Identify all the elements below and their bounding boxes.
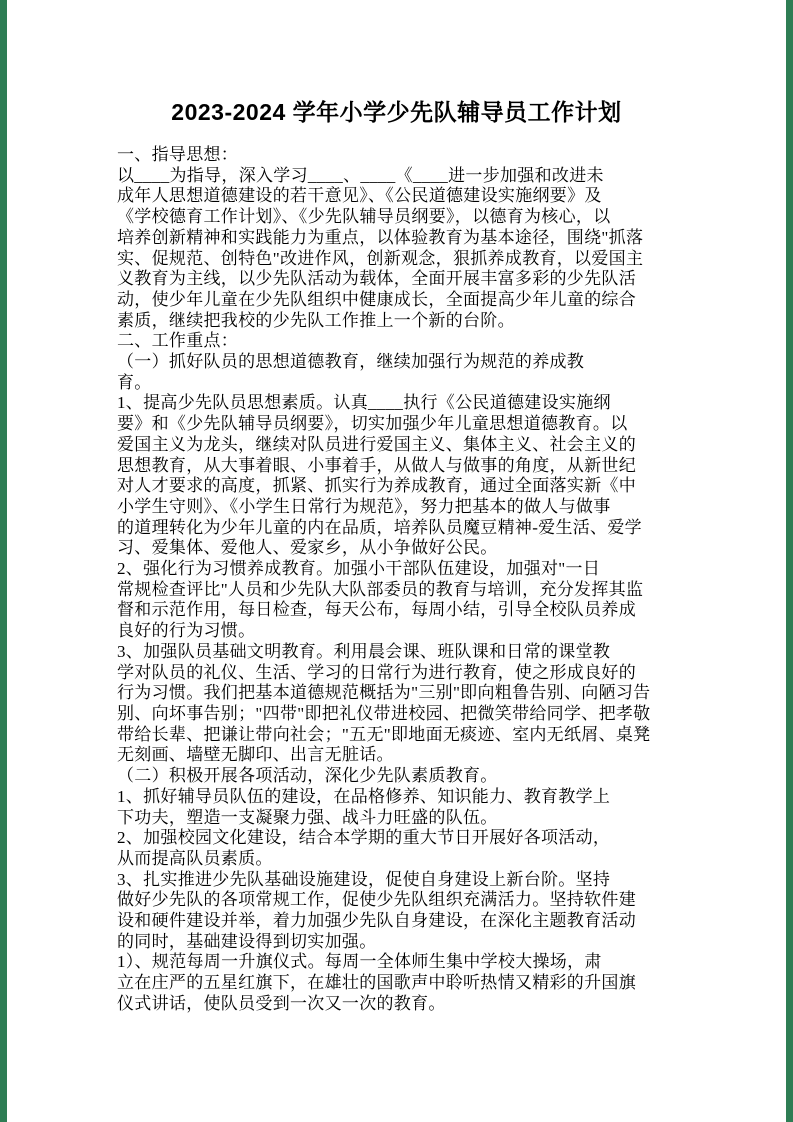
text-line: 学对队员的礼仪、生活、学习的日常行为进行教育，使之形成良好的 [117,663,662,684]
text-line: 实、促规范、创特色"改进作风，创新观念，狠抓养成教育，以爱国主 [117,249,662,270]
text-line: 无刻画、墙壁无脚印、出言无脏话。 [117,745,662,766]
text-line: 要》和《少先队辅导员纲要》，切实加强少年儿童思想道德教育。以 [117,414,662,435]
text-line: 动，使少年儿童在少先队组织中健康成长，全面提高少年儿童的综合 [117,290,662,311]
text-line: 从而提高队员素质。 [117,849,662,870]
text-line: 一、指导思想： [117,145,662,166]
text-line: 思想教育，从大事着眼、小事着手，从做人与做事的角度，从新世纪 [117,456,662,477]
text-line: 行为习惯。我们把基本道德规范概括为"三别"即向粗鲁告别、向陋习告 [117,683,662,704]
text-line: 素质，继续把我校的少先队工作推上一个新的台阶。 [117,311,662,332]
document-title: 2023-2024 学年小学少先队辅导员工作计划 [0,97,793,128]
text-line: 设和硬件建设并举，着力加强少先队自身建设，在深化主题教育活动 [117,911,662,932]
text-line: 3、加强队员基础文明教育。利用晨会课、班队课和日常的课堂教 [117,642,662,663]
text-line: 带给长辈、把谦让带向社会；"五无"即地面无痰迹、室内无纸屑、桌凳 [117,725,662,746]
text-line: 爱国主义为龙头，继续对队员进行爱国主义、集体主义、社会主义的 [117,435,662,456]
text-line: 常规检查评比"人员和少先队大队部委员的教育与培训，充分发挥其监 [117,580,662,601]
text-line: 小学生守则》、《小学生日常行为规范》，努力把基本的做人与做事 [117,497,662,518]
text-line: 3、扎实推进少先队基础设施建设，促使自身建设上新台阶。坚持 [117,870,662,891]
text-line: 做好少先队的各项常规工作，促使少先队组织充满活力。坚持软件建 [117,890,662,911]
text-line: 《学校德育工作计划》、《少先队辅导员纲要》，以德育为核心，以 [117,207,662,228]
text-line: 成年人思想道德建设的若干意见》、《公民道德建设实施纲要》及 [117,186,662,207]
text-line: 良好的行为习惯。 [117,621,662,642]
text-line: 1、提高少先队员思想素质。认真____执行《公民道德建设实施纲 [117,393,662,414]
text-line: 1）、规范每周一升旗仪式。每周一全体师生集中学校大操场，肃 [117,952,662,973]
text-line: 的同时，基础建设得到切实加强。 [117,932,662,953]
document-page: 2023-2024 学年小学少先队辅导员工作计划 一、指导思想：以____为指导… [0,0,793,1122]
text-line: 2、强化行为习惯养成教育。加强小干部队伍建设，加强对"一日 [117,559,662,580]
page-left-border [0,0,7,1122]
text-line: 义教育为主线，以少先队活动为载体，全面开展丰富多彩的少先队活 [117,269,662,290]
text-line: 1、抓好辅导员队伍的建设，在品格修养、知识能力、教育教学上 [117,787,662,808]
text-line: （一）抓好队员的思想道德教育，继续加强行为规范的养成教 [117,352,662,373]
text-line: 仪式讲话，使队员受到一次又一次的教育。 [117,994,662,1015]
text-line: 习、爱集体、爱他人、爱家乡，从小争做好公民。 [117,538,662,559]
text-line: 对人才要求的高度，抓紧、抓实行为养成教育，通过全面落实新《中 [117,476,662,497]
text-line: 育。 [117,373,662,394]
text-line: 二、工作重点： [117,331,662,352]
text-line: 培养创新精神和实践能力为重点，以体验教育为基本途径，围绕"抓落 [117,228,662,249]
text-line: （二）积极开展各项活动，深化少先队素质教育。 [117,766,662,787]
text-line: 的道理转化为少年儿童的内在品质，培养队员魔豆精神-爱生活、爱学 [117,518,662,539]
page-right-border [786,0,793,1122]
text-line: 督和示范作用，每日检查，每天公布，每周小结，引导全校队员养成 [117,600,662,621]
document-body: 一、指导思想：以____为指导，深入学习____、____《____进一步加强和… [117,145,662,1015]
text-line: 别、向坏事告别；"四带"即把礼仪带进校园、把微笑带给同学、把孝敬 [117,704,662,725]
text-line: 立在庄严的五星红旗下，在雄壮的国歌声中聆听热情又精彩的升国旗 [117,973,662,994]
text-line: 2、加强校园文化建设，结合本学期的重大节日开展好各项活动， [117,828,662,849]
text-line: 下功夫，塑造一支凝聚力强、战斗力旺盛的队伍。 [117,808,662,829]
text-line: 以____为指导，深入学习____、____《____进一步加强和改进未 [117,166,662,187]
